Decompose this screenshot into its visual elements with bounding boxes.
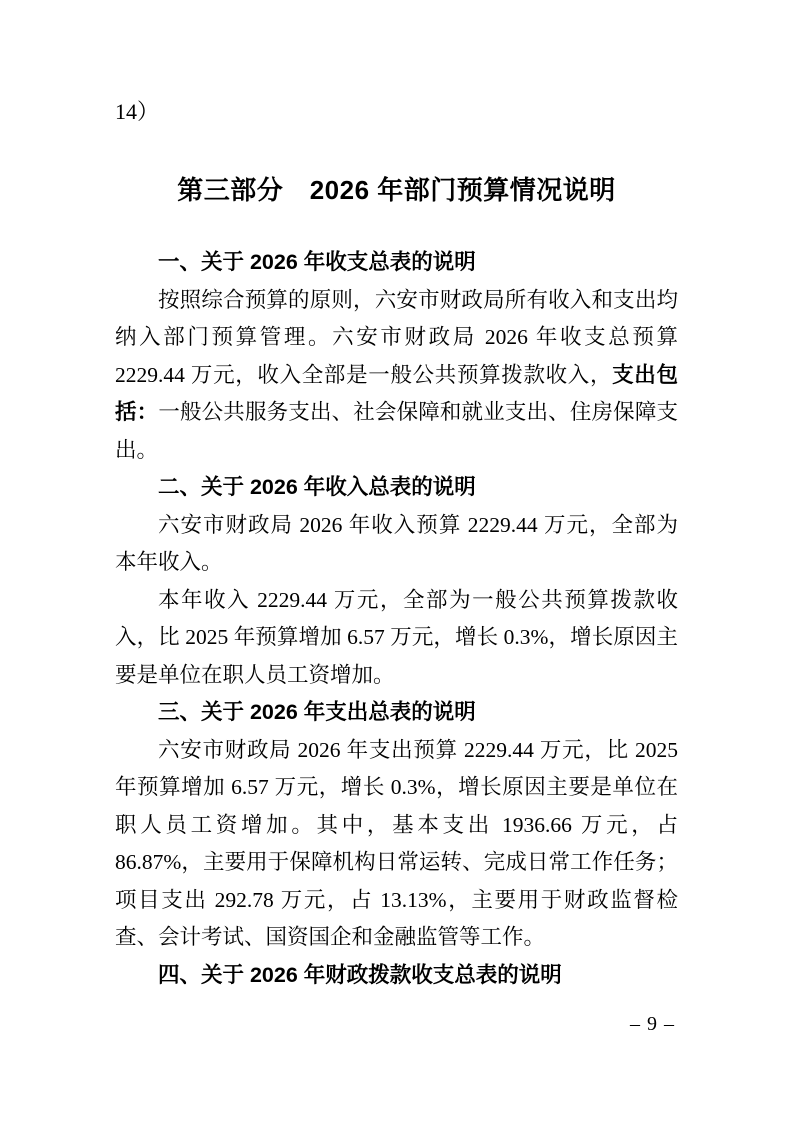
section-heading-1: 一、关于 2026 年收支总表的说明 xyxy=(115,244,678,282)
page-number: – 9 – xyxy=(630,1009,675,1039)
text-run: 本年收入 2229.44 万元，全部为一般公共预算拨款收入，比 2025 年预算… xyxy=(115,588,678,687)
section-heading-4: 四、关于 2026 年财政拨款收支总表的说明 xyxy=(115,957,678,995)
section-2-paragraph-2: 本年收入 2229.44 万元，全部为一般公共预算拨款收入，比 2025 年预算… xyxy=(115,582,678,695)
section-heading-2: 二、关于 2026 年收入总表的说明 xyxy=(115,469,678,507)
section-2-paragraph-1: 六安市财政局 2026 年收入预算 2229.44 万元，全部为本年收入。 xyxy=(115,507,678,582)
document-title: 第三部分 2026 年部门预算情况说明 xyxy=(0,171,793,209)
document-body: 一、关于 2026 年收支总表的说明 按照综合预算的原则，六安市财政局所有收入和… xyxy=(115,244,678,994)
text-run: 六安市财政局 2026 年收入预算 2229.44 万元，全部为本年收入。 xyxy=(115,513,678,575)
text-run: 六安市财政局 2026 年支出预算 2229.44 万元，比 2025 年预算增… xyxy=(115,738,678,950)
section-heading-3: 三、关于 2026 年支出总表的说明 xyxy=(115,694,678,732)
section-3-paragraph-1: 六安市财政局 2026 年支出预算 2229.44 万元，比 2025 年预算增… xyxy=(115,732,678,957)
text-run: 一般公共服务支出、社会保障和就业支出、住房保障支出。 xyxy=(115,400,678,462)
document-page: 14） 第三部分 2026 年部门预算情况说明 一、关于 2026 年收支总表的… xyxy=(0,0,793,1122)
text-run: 按照综合预算的原则，六安市财政局所有收入和支出均纳入部门预算管理。六安市财政局 … xyxy=(115,288,678,387)
continuation-text: 14） xyxy=(115,97,159,127)
section-1-paragraph-1: 按照综合预算的原则，六安市财政局所有收入和支出均纳入部门预算管理。六安市财政局 … xyxy=(115,282,678,470)
